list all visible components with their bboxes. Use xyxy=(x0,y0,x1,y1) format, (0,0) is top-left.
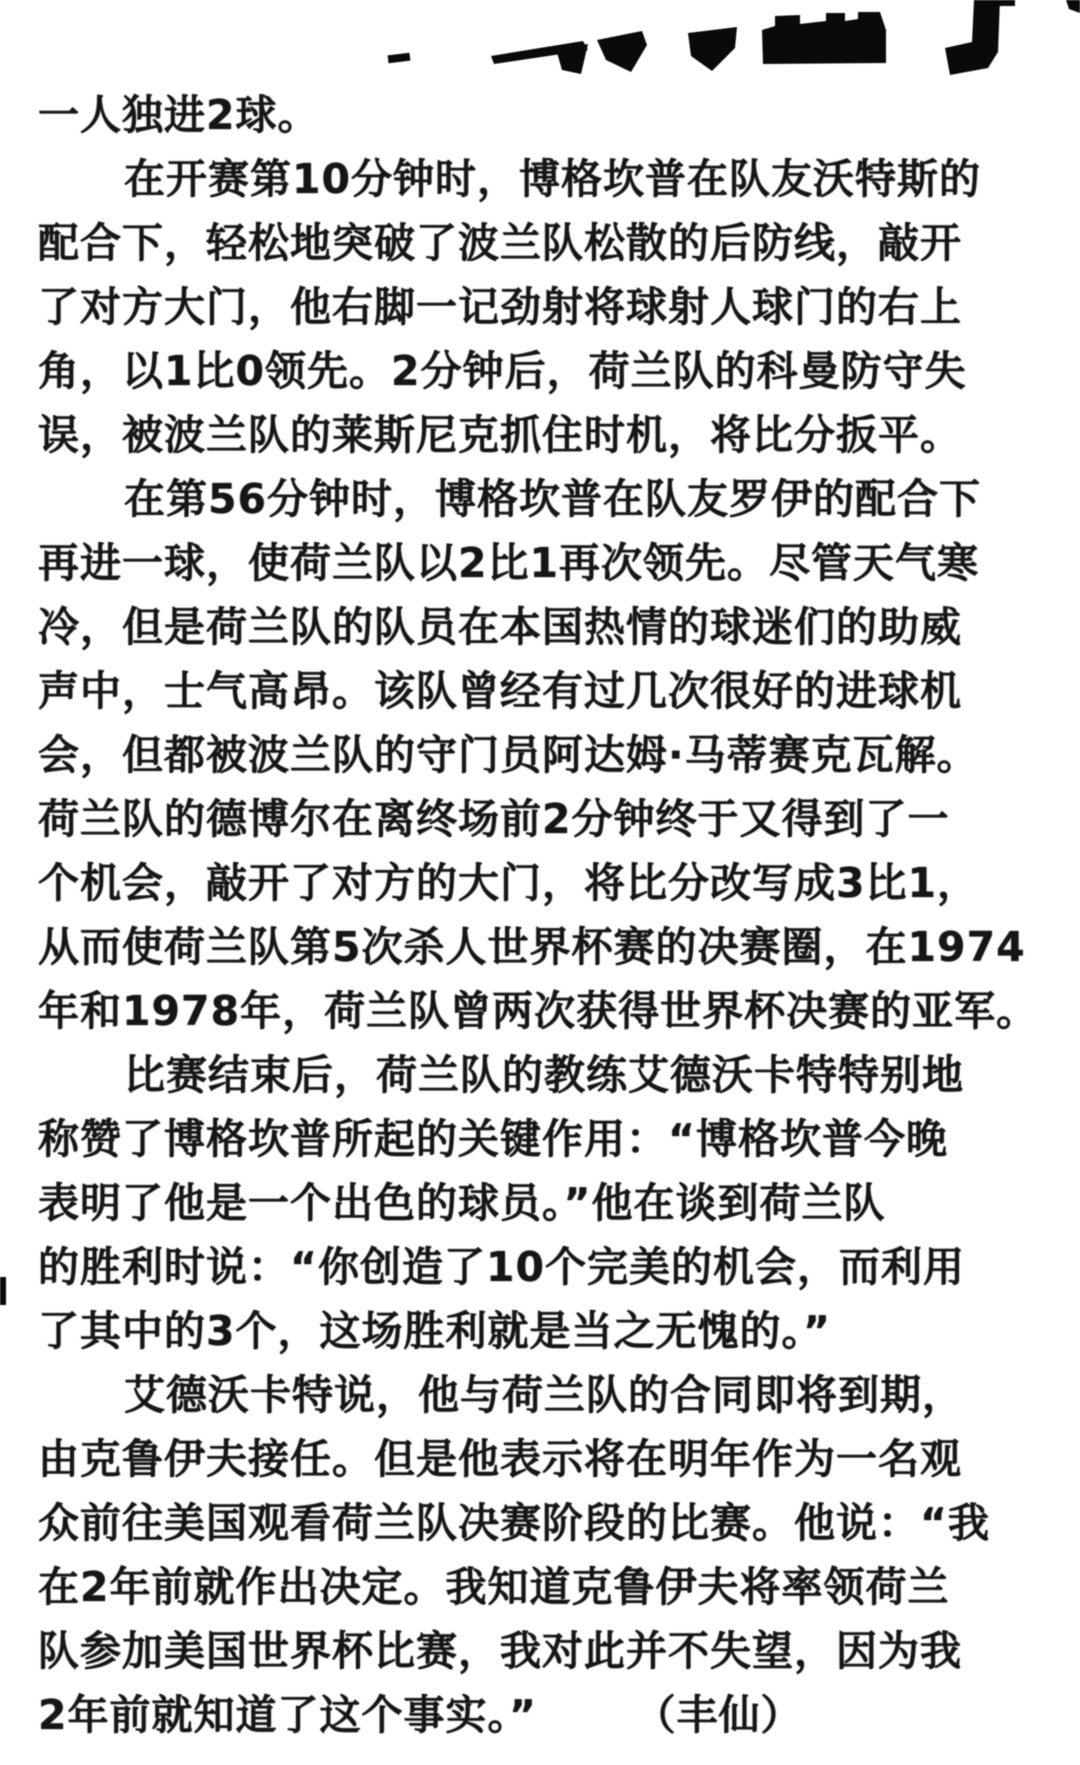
article-line: 比赛结束后，荷兰队的教练艾德沃卡特特别地 xyxy=(38,1044,1048,1108)
article-line: 艾德沃卡特说，他与荷兰队的合同即将到期， xyxy=(38,1364,1048,1428)
article-line: 角，以1比0领先。2分钟后，荷兰队的科曼防守失 xyxy=(38,340,1048,404)
article-line: 2年前就知道了这个事实。”（丰仙） xyxy=(38,1684,1048,1748)
cropped-headline-fragment-icon xyxy=(0,0,1080,90)
article-line: 再进一球，使荷兰队以2比1再次领先。尽管天气寒 xyxy=(38,532,1048,596)
article-line: 从而使荷兰队第5次杀人世界杯赛的决赛圈，在1974 xyxy=(38,916,1048,980)
article-line: 冷，但是荷兰队的队员在本国热情的球迷们的助威 xyxy=(38,596,1048,660)
article-line: 表明了他是一个出色的球员。”他在谈到荷兰队 xyxy=(38,1172,1048,1236)
article-line: 在2年前就作出决定。我知道克鲁伊夫将率领荷兰 xyxy=(38,1556,1048,1620)
article-line: 年和1978年，荷兰队曾两次获得世界杯决赛的亚军。 xyxy=(38,980,1048,1044)
article-line: 一人独进2球。 xyxy=(38,84,1048,148)
article-line: 荷兰队的德博尔在离终场前2分钟终于又得到了一 xyxy=(38,788,1048,852)
article-line: 队参加美国世界杯比赛，我对此并不失望，因为我 xyxy=(38,1620,1048,1684)
article-body: 一人独进2球。在开赛第10分钟时，博格坎普在队友沃特斯的配合下，轻松地突破了波兰… xyxy=(38,84,1048,1748)
article-line: 在开赛第10分钟时，博格坎普在队友沃特斯的 xyxy=(38,148,1048,212)
article-line: 个机会，敲开了对方的大门，将比分改写成3比1， xyxy=(38,852,1048,916)
article-line: 的胜利时说：“你创造了10个完美的机会，而利用 xyxy=(38,1236,1048,1300)
article-line: 了其中的3个，这场胜利就是当之无愧的。” xyxy=(38,1300,1048,1364)
scan-edge-artifact xyxy=(0,1277,6,1305)
article-line: 声中，士气高昂。该队曾经有过几次很好的进球机 xyxy=(38,660,1048,724)
article-line: 在第56分钟时，博格坎普在队友罗伊的配合下 xyxy=(38,468,1048,532)
article-line: 由克鲁伊夫接任。但是他表示将在明年作为一名观 xyxy=(38,1428,1048,1492)
article-line: 了对方大门，他右脚一记劲射将球射人球门的右上 xyxy=(38,276,1048,340)
article-line: 称赞了博格坎普所起的关键作用：“博格坎普今晚 xyxy=(38,1108,1048,1172)
article-line: 众前往美国观看荷兰队决赛阶段的比赛。他说：“我 xyxy=(38,1492,1048,1556)
newspaper-article-scan: 一人独进2球。在开赛第10分钟时，博格坎普在队友沃特斯的配合下，轻松地突破了波兰… xyxy=(0,0,1080,1765)
article-line: 会，但都被波兰队的守门员阿达姆·马蒂赛克瓦解。 xyxy=(38,724,1048,788)
byline: （丰仙） xyxy=(655,1691,803,1739)
article-line: 误，被波兰队的莱斯尼克抓住时机，将比分扳平。 xyxy=(38,404,1048,468)
article-line: 配合下，轻松地突破了波兰队松散的后防线，敲开 xyxy=(38,212,1048,276)
